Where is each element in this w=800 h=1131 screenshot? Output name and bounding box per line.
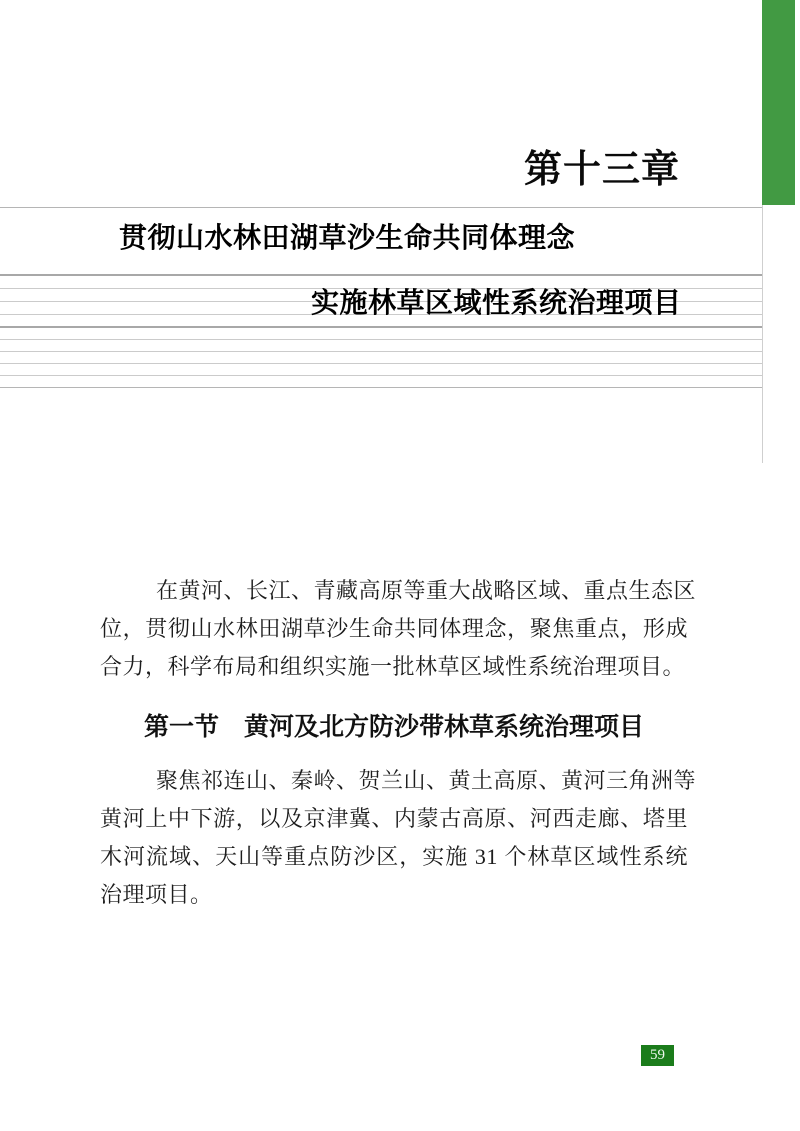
chapter-side-band (762, 0, 795, 205)
rule-line (0, 339, 762, 340)
paragraph-line: 在黄河、长江、青藏高原等重大战略区域、重点生态区 (100, 572, 688, 610)
page-number-badge: 59 (641, 1045, 674, 1066)
paragraph-line: 合力，科学布局和组织实施一批林草区域性系统治理项目。 (100, 648, 688, 686)
rule-line (0, 207, 762, 208)
page-number: 59 (650, 1045, 665, 1066)
chapter-title-line2: 实施林草区域性系统治理项目 (311, 287, 682, 321)
section-heading: 第一节 黄河及北方防沙带林草系统治理项目 (100, 711, 688, 743)
paragraph-line: 木河流域、天山等重点防沙区，实施 31 个林草区域性系统 (100, 838, 688, 876)
rule-line (0, 326, 762, 328)
rule-line (0, 363, 762, 364)
chapter-number: 第十三章 (0, 148, 680, 192)
paragraph-line: 位，贯彻山水林田湖草沙生命共同体理念，聚焦重点，形成 (100, 610, 688, 648)
rule-line (0, 387, 762, 388)
paragraph-line: 聚焦祁连山、秦岭、贺兰山、黄土高原、黄河三角洲等 (100, 762, 688, 800)
document-page: 第十三章 贯彻山水林田湖草沙生命共同体理念 实施林草区域性系统治理项目 在黄河、… (0, 0, 800, 1131)
rule-line (0, 274, 762, 276)
paragraph-line: 黄河上中下游，以及京津冀、内蒙古高原、河西走廊、塔里 (100, 800, 688, 838)
paragraph-section1: 聚焦祁连山、秦岭、贺兰山、黄土高原、黄河三角洲等 黄河上中下游，以及京津冀、内蒙… (100, 762, 688, 914)
paragraph-intro: 在黄河、长江、青藏高原等重大战略区域、重点生态区 位，贯彻山水林田湖草沙生命共同… (100, 572, 688, 686)
vertical-rule-line (762, 205, 763, 463)
rule-line (0, 351, 762, 352)
rule-line (0, 375, 762, 376)
chapter-title-line1: 贯彻山水林田湖草沙生命共同体理念 (119, 222, 575, 256)
paragraph-line: 治理项目。 (100, 876, 688, 914)
